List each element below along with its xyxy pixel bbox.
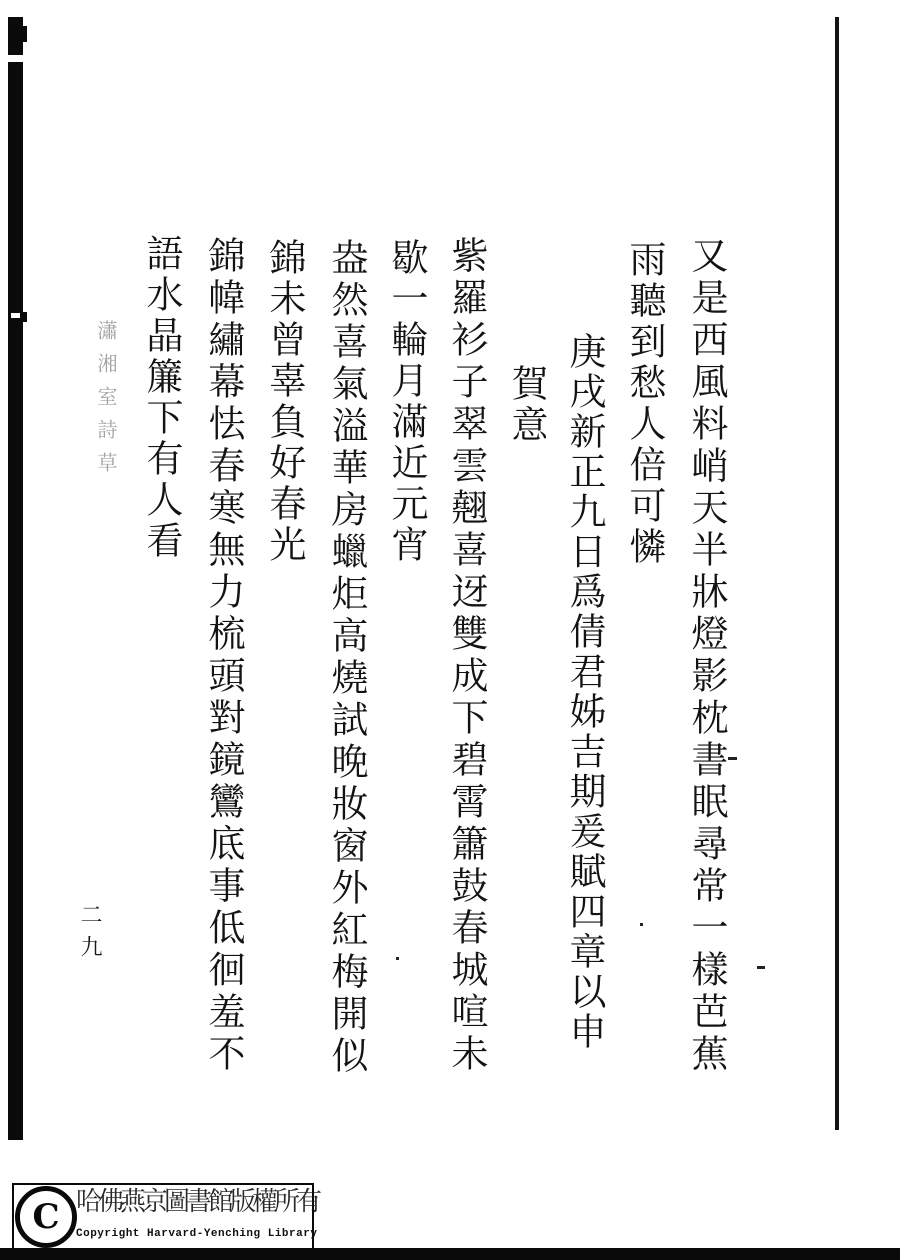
binding-tick: [23, 312, 27, 322]
text-column: 雨聽到愁人倍可憐: [624, 240, 664, 568]
text-column: 紫羅衫子翠雲翹喜迓雙成下碧霄簫鼓春城喧未: [446, 236, 486, 1076]
copyright-chinese-text: 哈佛燕京圖書館版權所有: [76, 1188, 308, 1217]
binding-edge-bar: [8, 17, 23, 1140]
page-number: 二九: [78, 903, 100, 967]
text-column: 盎然喜氣溢華房蠟炬高燒試晚妝窗外紅梅開似: [326, 238, 366, 1078]
scan-speck: [757, 966, 765, 969]
binding-tick: [23, 26, 27, 42]
text-column: 錦幃繡幕怯春寒無力梳頭對鏡鸞底事低徊羞不: [203, 236, 243, 1076]
copyright-symbol-icon: C: [15, 1186, 77, 1248]
text-column: 錦未曾辜負好春光: [264, 238, 304, 566]
text-column: 又是西風料峭天半牀燈影枕書眠尋常一樣芭蕉: [686, 236, 726, 1076]
binding-notch: [8, 55, 23, 62]
scan-speck: [728, 757, 737, 760]
scan-speck: [640, 923, 643, 926]
text-column: 語水晶簾下有人看: [141, 234, 181, 562]
scan-bottom-edge: [0, 1248, 900, 1260]
binding-notch: [11, 313, 20, 318]
text-column-poem-title: 庚戌新正九日爲倩君姊吉期爰賦四章以申: [564, 332, 604, 1052]
text-column: 歇一輪月滿近元宵: [386, 238, 426, 566]
page-border-line: [835, 17, 839, 1130]
text-column-poem-title: 賀意: [506, 364, 546, 446]
scanned-book-page: 又是西風料峭天半牀燈影枕書眠尋常一樣芭蕉 雨聽到愁人倍可憐 庚戌新正九日爲倩君姊…: [0, 0, 900, 1260]
scan-speck: [396, 957, 399, 960]
running-title: 瀟湘室詩草: [96, 320, 116, 485]
copyright-english-text: Copyright Harvard-Yenching Library: [76, 1228, 317, 1240]
